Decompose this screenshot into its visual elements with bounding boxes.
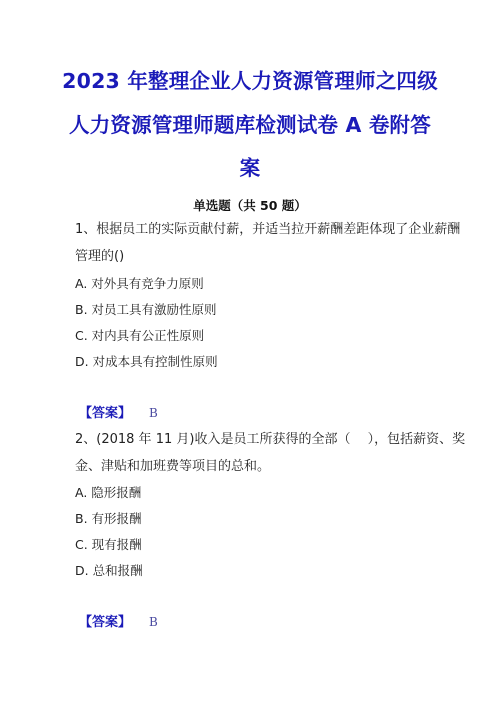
question-2-option-a: A. 隐形报酬 [75,485,141,501]
question-1-stem-line-1: 1、根据员工的实际贡献付薪，并适当拉开薪酬差距体现了企业薪酬 [75,222,460,238]
document-title-line-2: 人力资源管理师题库检测试卷 A 卷附答 [60,113,440,137]
answer-label: 【答案】 [79,615,131,630]
question-2-option-d: D. 总和报酬 [75,563,143,579]
document-title-line-1: 2023 年整理企业人力资源管理师之四级 [60,69,440,93]
document-title-line-3: 案 [60,156,440,180]
question-2-stem-line-1: 2、(2018 年 11 月)收入是员工所获得的全部（ ），包括薪资、奖 [75,432,465,448]
question-1-option-d: D. 对成本具有控制性原则 [75,354,218,370]
question-1-stem-line-2: 管理的() [75,249,124,265]
question-2-option-b: B. 有形报酬 [75,511,142,527]
document-page: 2023 年整理企业人力资源管理师之四级 人力资源管理师题库检测试卷 A 卷附答… [0,0,500,707]
answer-value: B [149,615,158,629]
question-1-option-b: B. 对员工具有激励性原则 [75,302,217,318]
question-2-answer: 【答案】B [79,614,158,631]
question-1-option-c: C. 对内具有公正性原则 [75,328,204,344]
section-header: 单选题（共 50 题） [60,198,440,214]
question-1-option-a: A. 对外具有竞争力原则 [75,276,204,292]
answer-label: 【答案】 [79,406,131,421]
question-2-stem-line-2: 金、津贴和加班费等项目的总和。 [75,459,270,475]
question-2-option-c: C. 现有报酬 [75,537,142,553]
answer-value: B [149,406,158,420]
question-1-answer: 【答案】B [79,405,158,422]
